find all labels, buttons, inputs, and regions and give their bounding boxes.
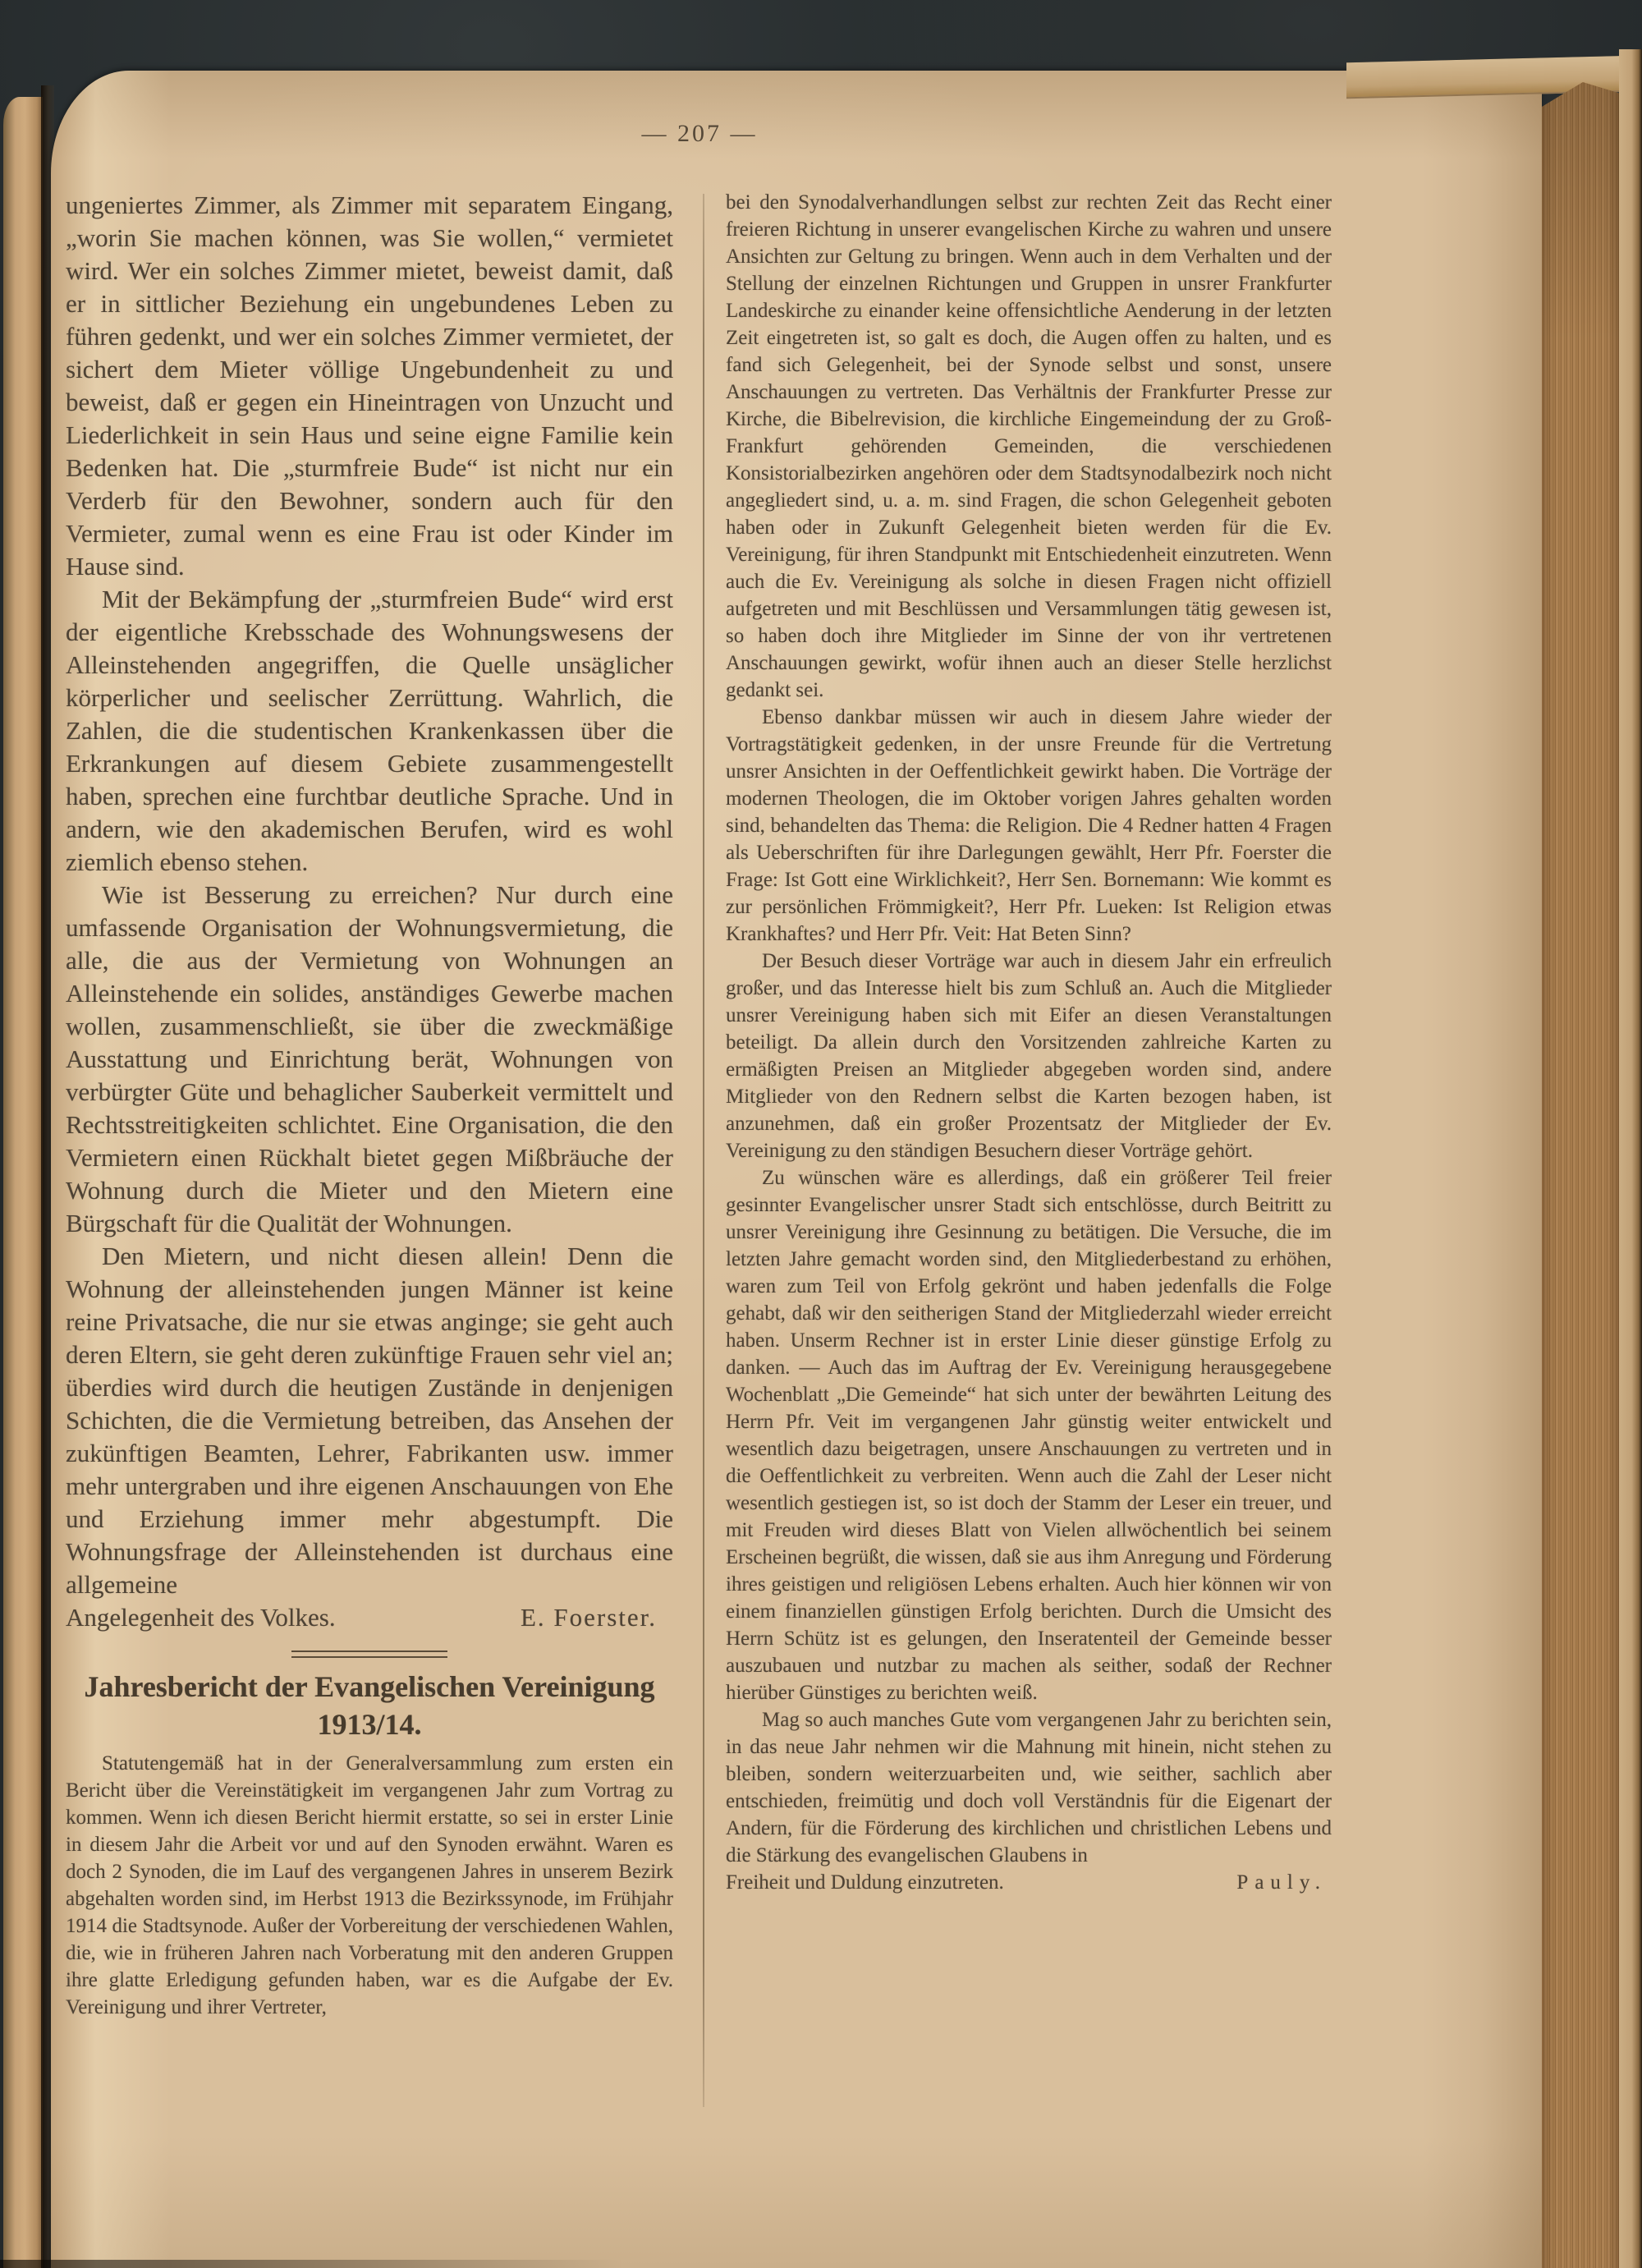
paragraph: ungeniertes Zimmer, als Zimmer mit separ… <box>66 189 673 583</box>
paragraph: Mag so auch manches Gute vom vergangenen… <box>726 1706 1332 1869</box>
author-signature-pauly: Pauly. <box>1236 1869 1332 1896</box>
report-heading: Jahresbericht der Evangelischen Vereinig… <box>66 1668 673 1743</box>
fore-edge-page-stack <box>1542 79 1621 2268</box>
paragraph: bei den Synodalverhandlungen selbst zur … <box>726 189 1332 704</box>
paragraph: Wie ist Besserung zu erreichen? Nur durc… <box>66 879 673 1240</box>
left-column: ungeniertes Zimmer, als Zimmer mit separ… <box>66 189 673 2021</box>
section-separator-double-rule <box>291 1650 447 1658</box>
right-cover-edge <box>1619 49 1642 2268</box>
author-signature-foerster: E. Foerster. <box>521 1601 673 1634</box>
paragraph: Zu wünschen wäre es allerdings, daß ein … <box>726 1164 1332 1706</box>
report-heading-year: 1913/14. <box>66 1706 673 1743</box>
paragraph: Statutengemäß hat in der Generalversamml… <box>66 1750 673 2021</box>
article-closing-line: Angelegenheit des Volkes. E. Foerster. <box>66 1601 673 1634</box>
report-closing-line: Freiheit und Duldung einzutreten. Pauly. <box>726 1869 1332 1896</box>
left-page-edge <box>3 97 43 2268</box>
report-heading-title: Jahresbericht der Evangelischen Vereinig… <box>66 1668 673 1706</box>
paragraph: Der Besuch dieser Vorträge war auch in d… <box>726 948 1332 1164</box>
right-column: bei den Synodalverhandlungen selbst zur … <box>726 189 1332 1896</box>
paragraph: Mit der Bekämpfung der „sturmfreien Bude… <box>66 583 673 879</box>
bottom-shadow <box>0 2260 624 2268</box>
column-divider <box>703 194 704 2107</box>
paragraph: Den Mietern, und nicht diesen allein! De… <box>66 1240 673 1601</box>
page-number-header: — 207 — <box>66 120 1333 148</box>
scanned-book-page-photo: — 207 — ungeniertes Zimmer, als Zimmer m… <box>0 0 1642 2268</box>
paragraph: Ebenso dankbar müssen wir auch in diesem… <box>726 704 1332 948</box>
closing-text: Angelegenheit des Volkes. <box>66 1601 336 1634</box>
closing-text: Freiheit und Duldung einzutreten. <box>726 1869 1004 1896</box>
